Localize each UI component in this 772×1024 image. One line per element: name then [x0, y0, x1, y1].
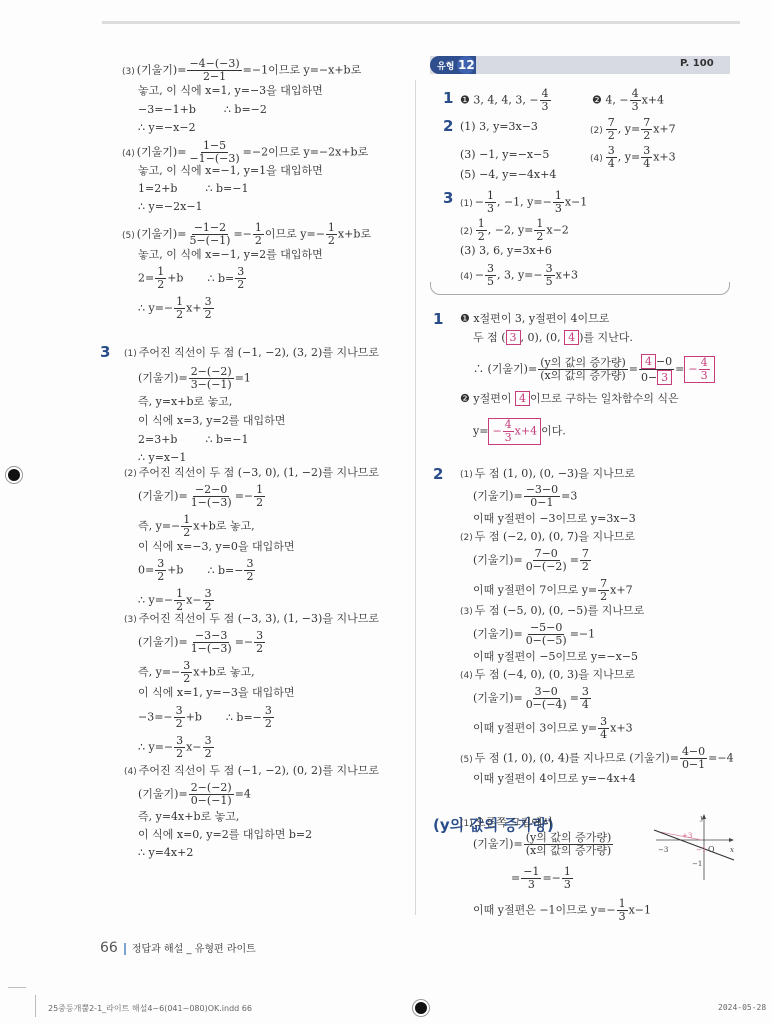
fraction: −4−(−3)2−1 [187, 58, 241, 83]
text-line: ∴ (기울기)=(y의 값의 증가량)(x의 값의 증가량)=4−00−3=−4… [473, 354, 715, 385]
summary-box-bottom [430, 282, 730, 295]
text-line: ∴ y=−12x−32 [138, 588, 215, 613]
text-line: (3) 3, 6, y=3x+6 [460, 244, 552, 258]
answer-box: −43 [684, 356, 714, 383]
text-line: y=−43x+4이다. [473, 418, 566, 445]
svg-text:−1: −1 [692, 860, 702, 868]
top-rule [102, 21, 740, 24]
text-line: 이 식에 x=1, y=−3을 대입하면 [138, 686, 295, 700]
print-date: 2024-05-28 [718, 1003, 766, 1012]
page-number: 66 [100, 940, 118, 956]
text-line: 즉, y=4x+b로 놓고, [138, 810, 239, 824]
text-line: ∴ y=−32x−32 [138, 735, 215, 760]
text-line: (기울기)=−2−01−(−3)=−12 [138, 484, 266, 509]
text-line: 이때 y절편이 −5이므로 y=−x−5 [473, 650, 638, 664]
answer-box: 4 [564, 330, 579, 345]
text-line: (4)34, y=34x+3 [590, 145, 676, 170]
left-p5-line1: (5)(기울기)=−1−25−(−1)=−12이므로 y=−12x+b로 [122, 222, 371, 247]
text-line: ∴ y=4x+2 [138, 846, 193, 860]
fraction: 1−5−1−(−3) [187, 140, 241, 165]
text-line: ∴ y=−2x−1 [138, 200, 203, 214]
text-line: (1) 3, y=3x−3 [460, 120, 538, 134]
text-line: (기울기)=−3−00−1=3 [473, 484, 577, 509]
text-line: (기울기)=−3−31−(−3)=−32 [138, 630, 266, 655]
text-line: 이 식에 x=−3, y=0을 대입하면 [138, 540, 295, 554]
summary-number-2: 2 [443, 117, 453, 135]
text-line: (기울기)=7−00−(−2)=72 [473, 548, 592, 573]
text-line: (1)두 점 (1, 0), (0, −3)을 지나므로 [460, 467, 635, 482]
text-line: =−13=−13 [511, 866, 574, 891]
text-line: 1=2+b∴ b=−1 [138, 182, 248, 196]
text-line: ∴ y=−x−2 [138, 121, 196, 135]
text-line: 이때 y절편이 7이므로 y=72x+7 [473, 578, 633, 603]
text-line: (3) −1, y=−x−5 [460, 148, 549, 162]
type-badge: 유형12 [430, 56, 476, 74]
column-divider [415, 80, 416, 915]
line-graph-figure: y x O +3 −3 −1 −1 [652, 812, 736, 880]
svg-text:O: O [708, 845, 715, 854]
file-slug: 25중등개뿔2-1_라이트 해설4~6(041~080)OK.indd 66 [48, 1003, 252, 1014]
svg-text:x: x [730, 846, 734, 854]
left-p3-line1: (3)(기울기)=−4−(−3)2−1=−1이므로 y=−x+b로 [122, 58, 361, 83]
text-line: 두 점 (3, 0), (0, 4)를 지난다. [473, 330, 633, 345]
text-line: 2=3+b∴ b=−1 [138, 433, 248, 447]
svg-text:+3: +3 [682, 832, 692, 840]
text-line: (기울기)=−5−00−(−5)=−1 [473, 622, 595, 647]
text-line: 놓고, 이 식에 x=−1, y=1을 대입하면 [138, 164, 323, 178]
page-reference: P. 100 [680, 58, 714, 69]
left-p4-line1: (4)(기울기)=1−5−1−(−3)=−2이므로 y=−2x+b로 [122, 140, 368, 165]
text-line: 놓고, 이 식에 x=1, y=−3을 대입하면 [138, 84, 323, 98]
text-line: (기울기)=(y의 값의 증가량)(x의 값의 증가량) [473, 832, 614, 857]
text-line: ❶ 3, 4, 4, 3, −43 [460, 88, 552, 113]
registration-mark-icon [415, 1002, 427, 1014]
text-line: 이때 y절편이 3이므로 y=34x+3 [473, 716, 633, 741]
registration-mark-icon [8, 469, 20, 481]
text-line: ❷ y절편이 4이므로 구하는 일차함수의 식은 [460, 391, 679, 406]
text-line: 즉, y=−32x+b로 놓고, [138, 660, 255, 685]
answer-box: 3 [506, 330, 521, 345]
text-line: (2)12, −2, y=12x−2 [460, 218, 569, 243]
text-line: (4)두 점 (−4, 0), (0, 3)을 지나므로 [460, 668, 635, 683]
text-line: (5)두 점 (1, 0), (0, 4)를 지나므로 (기울기)=4−00−1… [460, 746, 734, 771]
crop-mark [35, 995, 36, 1017]
text-line: 0=32+b∴ b=−32 [138, 558, 256, 583]
text-line: (2)72, y=72x+7 [590, 117, 676, 142]
text-line: ❷ 4, −43x+4 [592, 88, 664, 113]
summary-number-3: 3 [443, 189, 453, 207]
text-line: 이 식에 x=3, y=2를 대입하면 [138, 414, 285, 428]
text-line: 이 식에 x=0, y=2를 대입하면 b=2 [138, 828, 312, 842]
text-line: (1)주어진 직선이 두 점 (−1, −2), (3, 2)를 지나므로 [124, 346, 379, 361]
text-line: (3)두 점 (−5, 0), (0, −5)를 지나므로 [460, 604, 644, 619]
text-line: (2)주어진 직선이 두 점 (−3, 0), (1, −2)를 지나므로 [124, 466, 379, 481]
question-number-1: 1 [433, 310, 443, 328]
text-line: 이때 y절편이 4이므로 y=−4x+4 [473, 772, 636, 786]
question-number-2: 2 [433, 465, 443, 483]
svg-text:−1: −1 [696, 846, 706, 854]
text-line: (5) −4, y=−4x+4 [460, 168, 556, 182]
page-footer: 66정답과 해설 _ 유형편 라이트 [100, 940, 256, 956]
text-line: ∴ y=−12x+32 [138, 296, 215, 321]
answer-box: −43x+4 [488, 418, 541, 445]
text-line: (3)주어진 직선이 두 점 (−3, 3), (1, −3)을 지나므로 [124, 612, 379, 627]
text-line: 2=12+b∴ b=32 [138, 266, 247, 291]
svg-text:−3: −3 [658, 846, 668, 854]
text-line: (기울기)=2−(−2)0−(−1)=4 [138, 782, 251, 807]
text-line: (1)오른쪽 그림에서 [460, 816, 553, 831]
summary-number-1: 1 [443, 89, 453, 107]
text-line: (4)주어진 직선이 두 점 (−1, −2), (0, 2)를 지나므로 [124, 764, 379, 779]
text-line: 이때 y절편은 −1이므로 y=−13x−1 [473, 898, 651, 923]
text-line: (1)−13, −1, y=−13x−1 [460, 190, 587, 215]
text-line: −3=−32+b∴ b=−32 [138, 705, 275, 730]
text-line: 이때 y절편이 −3이므로 y=3x−3 [473, 512, 636, 526]
crop-mark [8, 987, 26, 988]
question-number-3: 3 [100, 343, 110, 361]
text-line: 즉, y=−12x+b로 놓고, [138, 514, 255, 539]
footer-title: 정답과 해설 _ 유형편 라이트 [132, 944, 256, 955]
text-line: 놓고, 이 식에 x=−1, y=2를 대입하면 [138, 248, 323, 262]
answer-box: 4 [515, 391, 530, 406]
text-line: (기울기)=2−(−2)3−(−1)=1 [138, 366, 251, 391]
text-line: ∴ y=x−1 [138, 451, 186, 465]
text-line: −3=−1+b∴ b=−2 [138, 103, 267, 117]
text-line: 즉, y=x+b로 놓고, [138, 395, 232, 409]
text-line: (기울기)=3−00−(−4)=34 [473, 686, 592, 711]
text-line: (2)두 점 (−2, 0), (0, 7)을 지나므로 [460, 530, 635, 545]
text-line: ❶ x절편이 3, y절편이 4이므로 [460, 312, 609, 326]
